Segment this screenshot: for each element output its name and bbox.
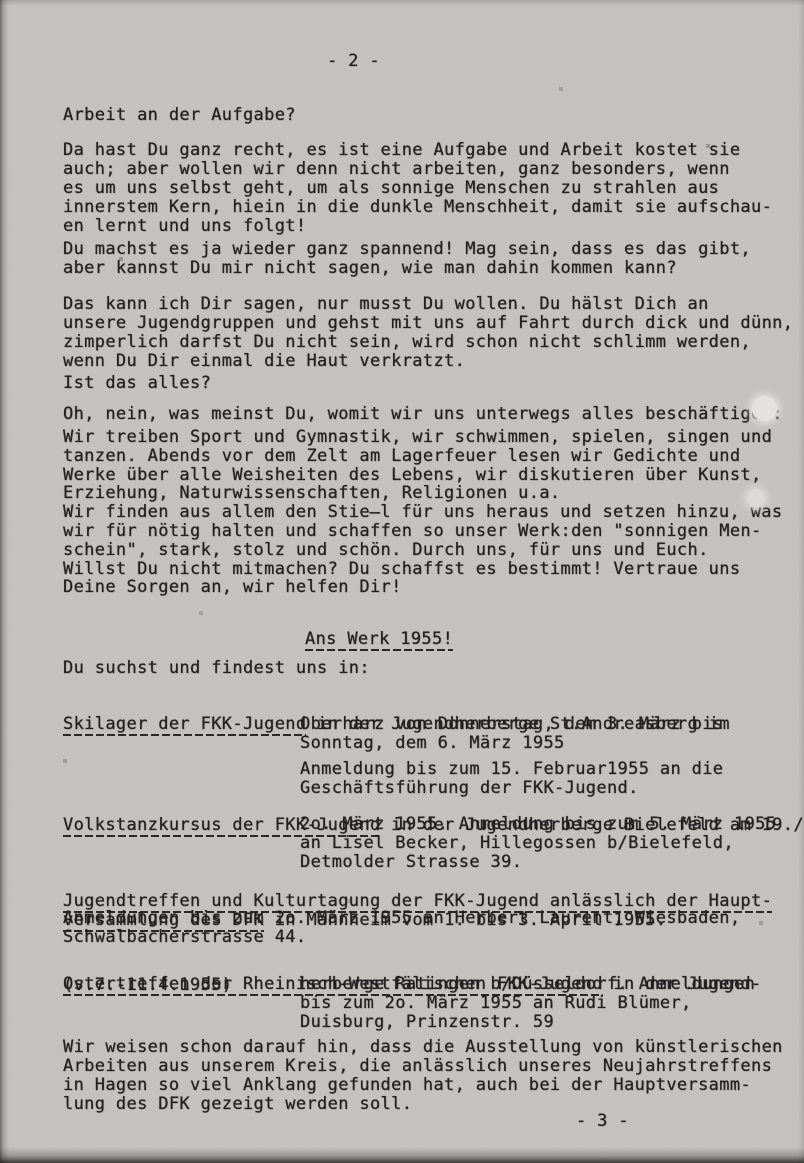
section-heading: Ans Werk 1955!: [305, 611, 453, 649]
where-intro: Du suchst und findest uns in:: [63, 659, 370, 678]
typewritten-page: - 2 - Arbeit an der Aufgabe? Da hast Du …: [0, 0, 804, 1163]
answer-3-intro: Oh, nein, was meinst Du, womit wir uns u…: [63, 405, 783, 424]
scan-edge-left: [0, 0, 9, 1163]
event-skilager-title: Skilager der FKK-Jugend: [63, 714, 306, 736]
event-jugendtreffen-details: Anmeldungen bis zum 2o. März 1955 an Her…: [63, 909, 740, 947]
hole-punch-lower: [747, 489, 765, 507]
event-skilager-details: Oberharz von Donnerstag, dem 3. März bis…: [300, 715, 723, 753]
scan-edge-top: [0, 0, 804, 6]
hole-punch-upper: [752, 396, 777, 421]
answer-3-body: Wir treiben Sport und Gymnastik, wir sch…: [63, 428, 782, 597]
event-skilager-note: Anmeldung bis zum 15. Februar1955 an die…: [300, 760, 723, 798]
page-number-bottom: - 3 -: [576, 1112, 629, 1131]
scan-edge-bottom: [0, 1147, 804, 1163]
scan-edge-right: [798, 0, 804, 1163]
question-2: Du machst es ja wieder ganz spannend! Ma…: [63, 240, 751, 278]
event-volkstanz-details: 2o. März 1955. Anmeldung bis zum 5. März…: [300, 815, 776, 872]
question-1: Arbeit an der Aufgabe?: [63, 106, 296, 125]
event-ostertreffen-details: herberge Ratingen b/Düsseldorf. Anmeldun…: [300, 975, 755, 1032]
answer-1: Da hast Du ganz recht, es ist eine Aufga…: [63, 141, 772, 236]
page-number-top: - 2 -: [327, 52, 380, 71]
answer-2: Das kann ich Dir sagen, nur musst Du wol…: [63, 295, 793, 371]
section-heading-text: Ans Werk 1955!: [305, 629, 453, 651]
event-ostertreffen-date: (v.7.-11.4.1955): [63, 976, 232, 995]
question-3: Ist das alles?: [63, 374, 211, 393]
closing-note: Wir weisen schon darauf hin, dass die Au…: [63, 1038, 783, 1114]
